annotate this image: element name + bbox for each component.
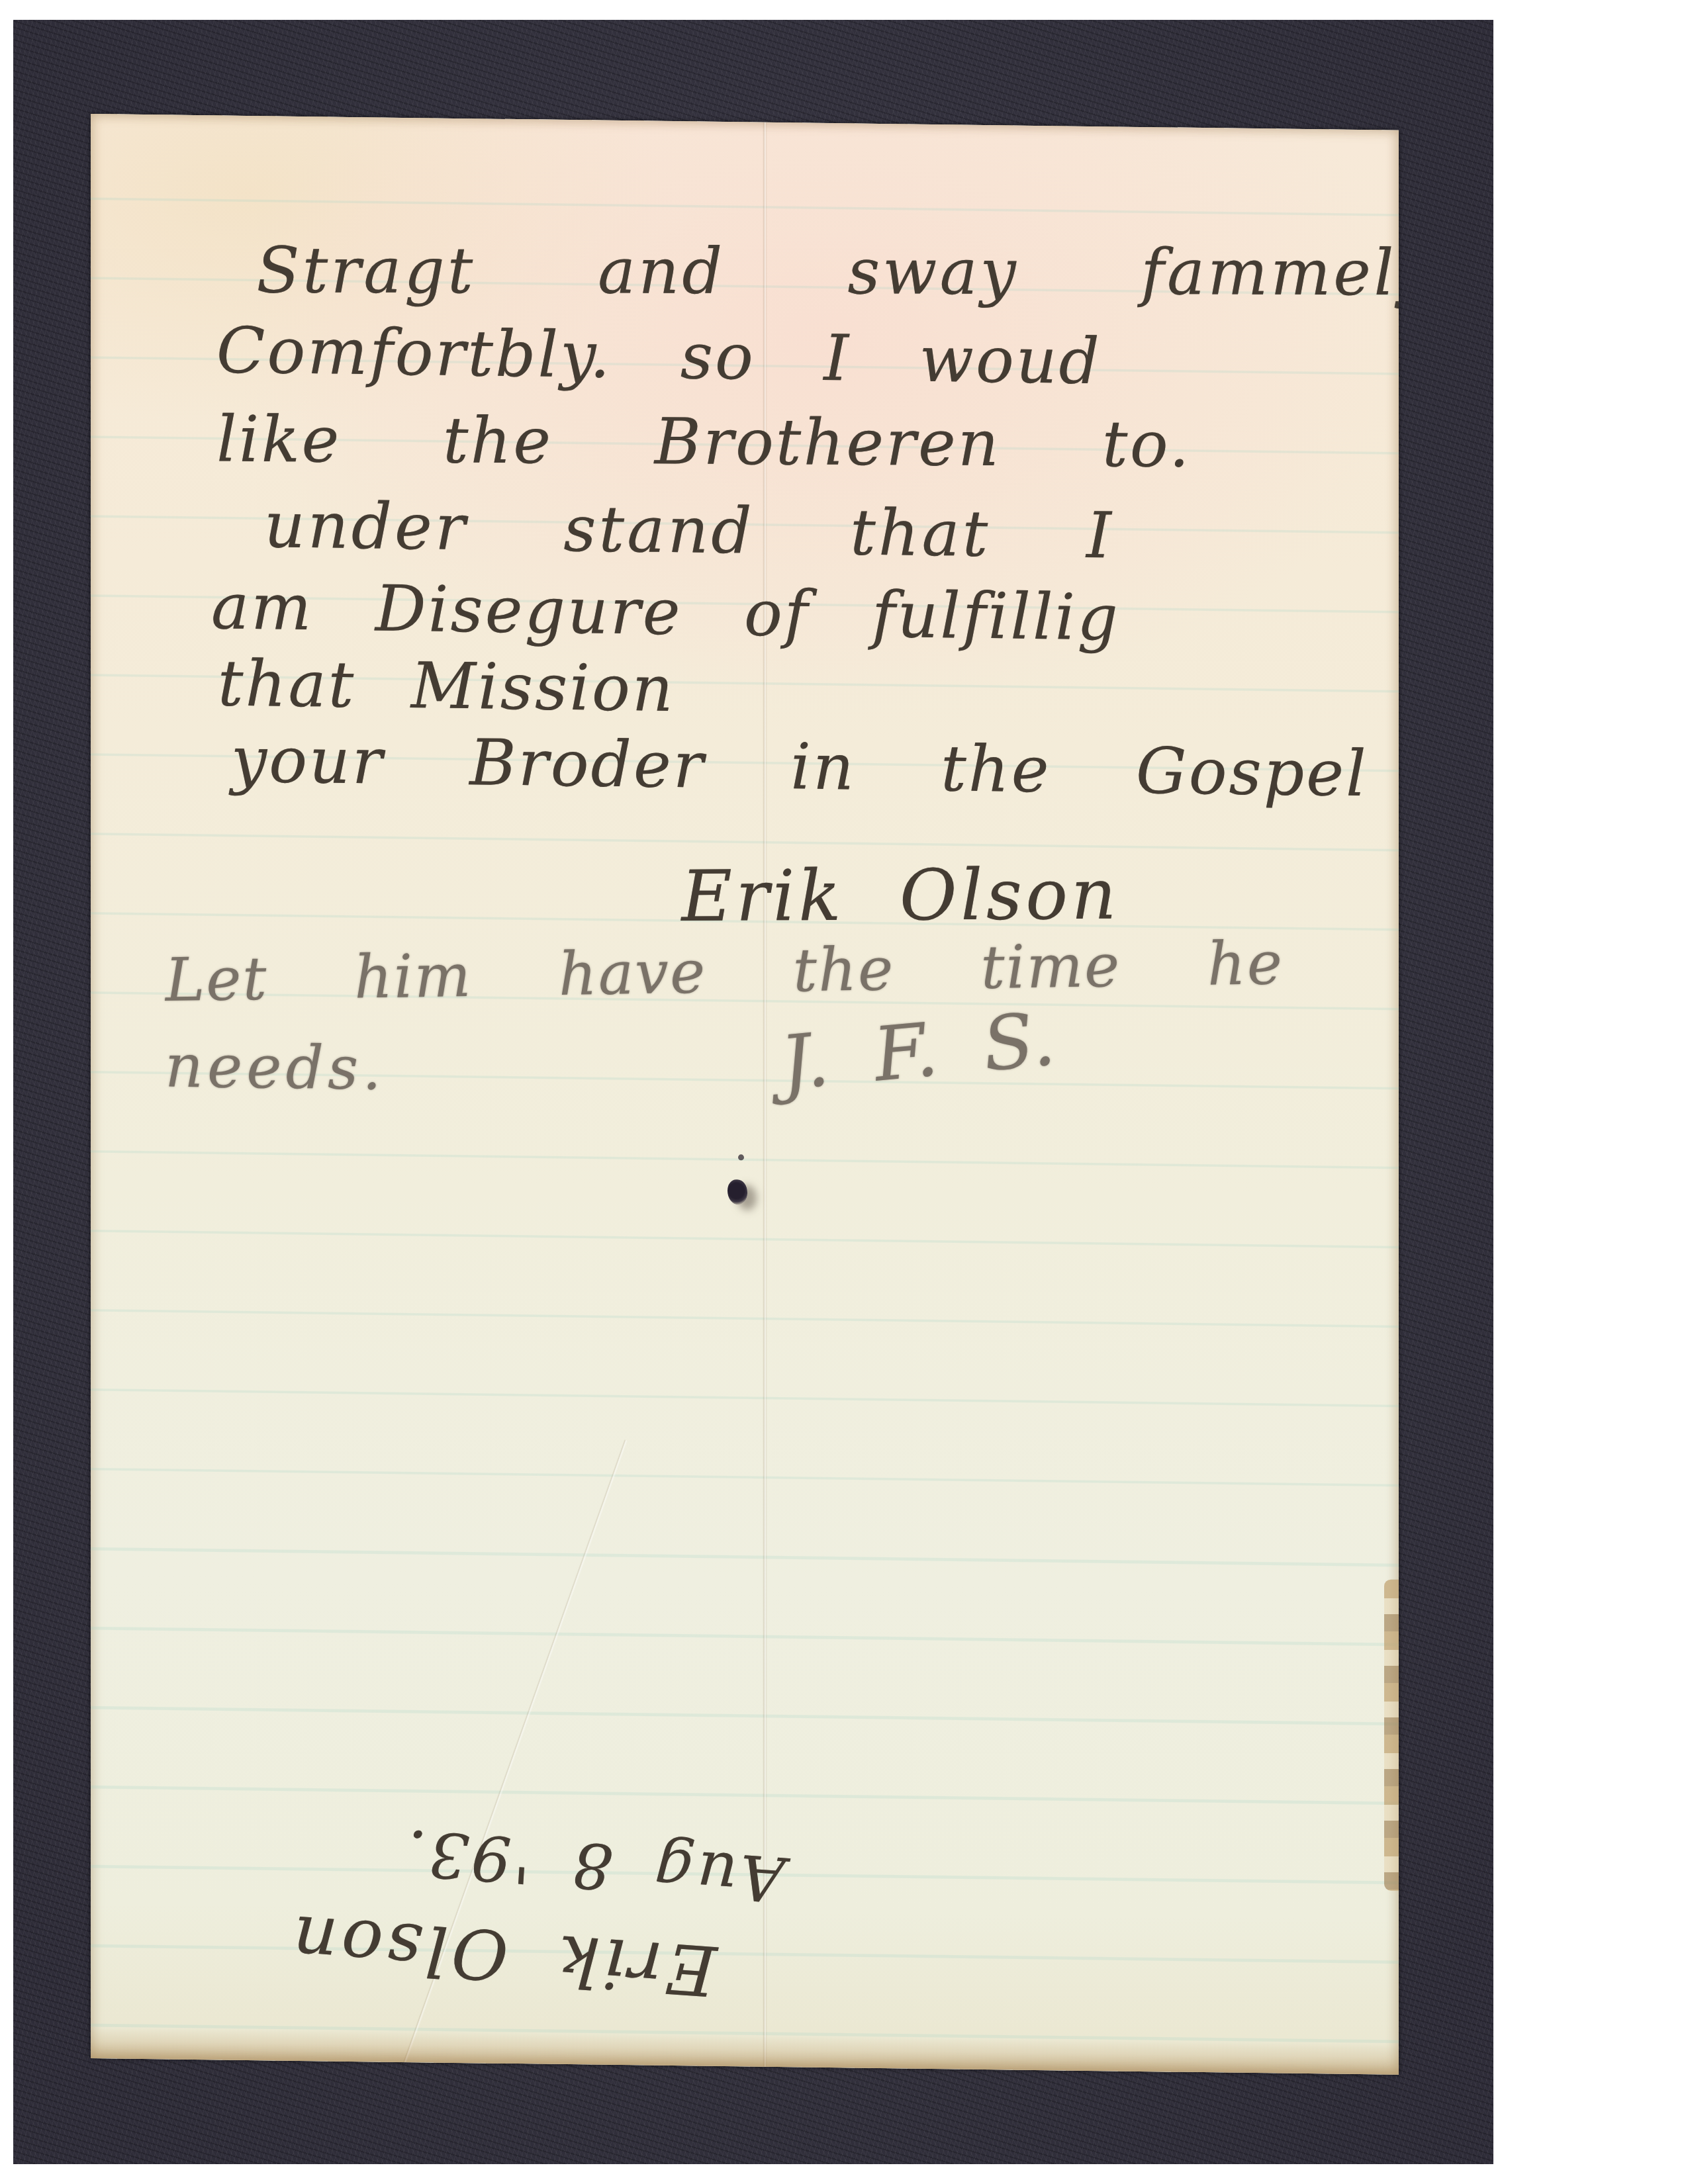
right-edge-damage: [1384, 1580, 1399, 1891]
letter-paper: Stragt and sway fammely Comfortbly. so I…: [91, 114, 1399, 2075]
pencil-note-line-2: needs.: [165, 1033, 385, 1101]
ink-speck: [738, 1154, 744, 1160]
letter-line-1: Stragt and sway fammely: [256, 236, 1399, 308]
ink-blot: [727, 1179, 747, 1205]
letter-line-6: that Mission: [218, 649, 675, 724]
letter-signature: Erik Olson: [680, 856, 1120, 936]
letter-line-7: your Broder in the Gospel: [231, 725, 1368, 809]
letter-line-5: am Disegure of fulfillig: [211, 572, 1120, 653]
letter-line-4: under stand that I: [264, 490, 1114, 571]
upside-down-docket: Erik Olson Aug 8 '93.: [183, 1724, 832, 2022]
docket-date: Aug 8 '93.: [361, 1813, 828, 1916]
letter-line-3: like the Brotheren to.: [216, 405, 1192, 480]
letter-line-2: Comfortbly. so I woud: [216, 316, 1102, 396]
scan-page: Stragt and sway fammely Comfortbly. so I…: [0, 0, 1688, 2184]
